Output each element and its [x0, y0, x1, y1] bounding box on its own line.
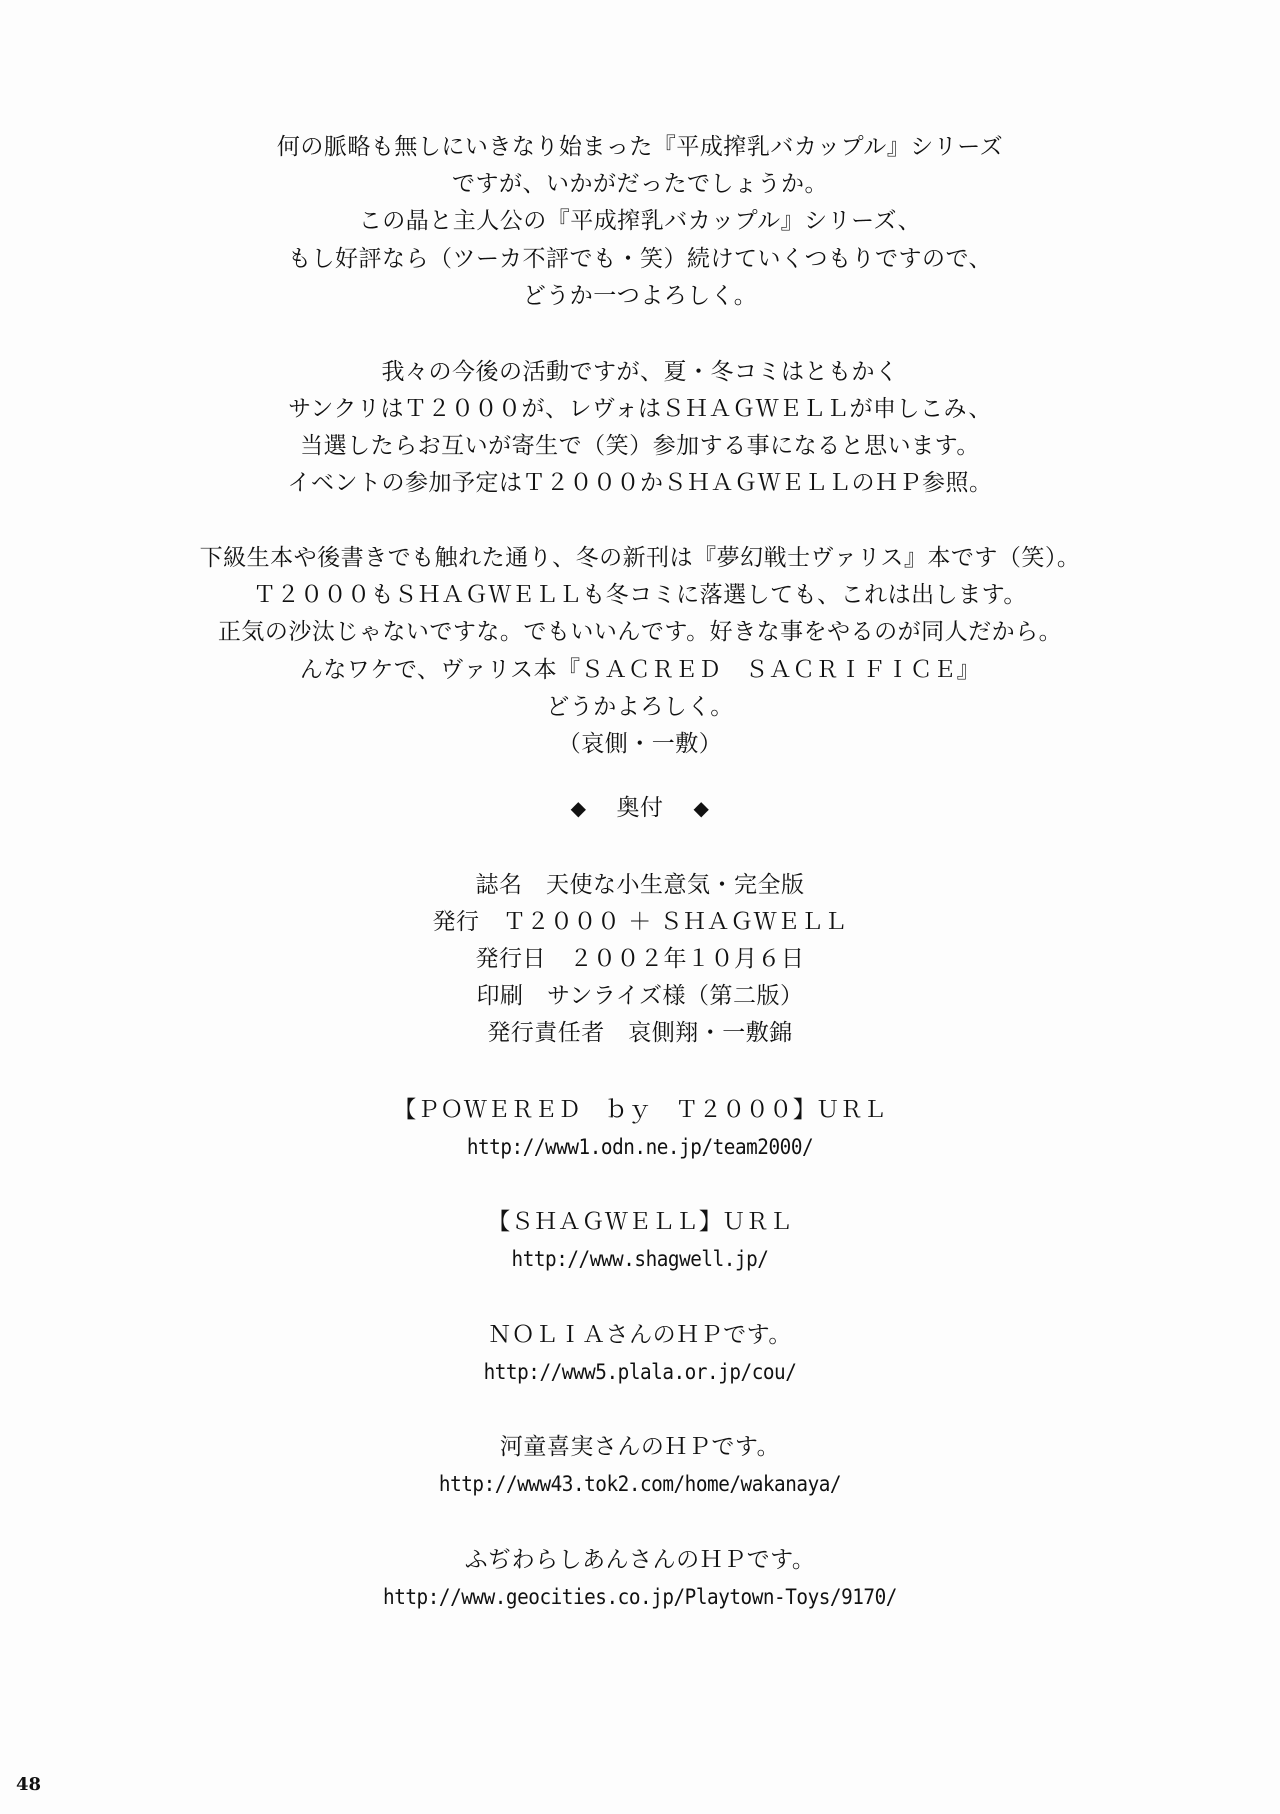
link-label-shagwell: 【ＳＨＡＧＷＥＬＬ】ＵＲＬ: [0, 1207, 1280, 1237]
afterword-line: 我々の今後の活動ですが、夏・冬コミはともかく: [0, 357, 1280, 387]
link-url-kappa: http://www43.tok2.com/home/wakanaya/: [51, 1469, 1229, 1499]
link-url-t2000: http://www1.odn.ne.jp/team2000/: [51, 1132, 1229, 1162]
afterword-line: Ｔ２０００もＳＨＡＧＷＥＬＬも冬コミに落選しても、これは出します。: [0, 580, 1280, 610]
link-label-nolia: ＮＯＬＩＡさんのＨＰです。: [0, 1320, 1280, 1350]
afterword-line: イベントの参加予定はＴ２０００かＳＨＡＧＷＥＬＬのＨＰ参照。: [0, 468, 1280, 498]
afterword-line: もし好評なら（ツーカ不評でも・笑）続けていくつもりですので、: [0, 244, 1280, 274]
afterword-line: ですが、いかがだったでしょうか。: [0, 169, 1280, 199]
link-label-fujiwara: ふぢわらしあんさんのＨＰです。: [0, 1545, 1280, 1575]
colophon-date-row: 発行日 ２００２年１０月６日: [0, 944, 1280, 974]
link-label-t2000: 【ＰＯＷＥＲＥＤ ｂｙ Ｔ２０００】ＵＲＬ: [0, 1095, 1280, 1125]
afterword-line: 下級生本や後書きでも触れた通り、冬の新刊は『夢幻戦士ヴァリス』本です（笑）。: [0, 543, 1280, 573]
diamond-icon: ◆: [571, 793, 587, 823]
afterword-line: どうか一つよろしく。: [0, 281, 1280, 311]
afterword-line: サンクリはＴ２０００が、レヴォはＳＨＡＧＷＥＬＬが申しこみ、: [0, 394, 1280, 424]
colophon-responsible-row: 発行責任者 哀側翔・一敷錦: [0, 1018, 1280, 1048]
afterword-line: んなワケで、ヴァリス本『ＳＡＣＲＥＤ ＳＡＣＲＩＦＩＣＥ』: [0, 655, 1280, 685]
link-url-nolia: http://www5.plala.or.jp/cou/: [51, 1357, 1229, 1387]
colophon-title-row: 誌名 天使な小生意気・完全版: [0, 870, 1280, 900]
afterword-line: 何の脈略も無しにいきなり始まった『平成搾乳バカップル』シリーズ: [0, 132, 1280, 162]
colophon-title: 奥付: [617, 795, 664, 821]
afterword-line: この晶と主人公の『平成搾乳バカップル』シリーズ、: [0, 206, 1280, 236]
link-url-shagwell: http://www.shagwell.jp/: [51, 1244, 1229, 1274]
diamond-icon: ◆: [694, 793, 710, 823]
link-url-fujiwara: http://www.geocities.co.jp/Playtown-Toys…: [51, 1582, 1229, 1612]
afterword-line: 当選したらお互いが寄生で（笑）参加する事になると思います。: [0, 431, 1280, 461]
page-number: 48: [16, 1774, 41, 1795]
link-label-kappa: 河童喜実さんのＨＰです。: [0, 1432, 1280, 1462]
colophon-heading: ◆奥付◆: [0, 793, 1280, 823]
colophon-publisher-row: 発行 Ｔ２０００ ＋ ＳＨＡＧＷＥＬＬ: [0, 907, 1280, 937]
afterword-line: 正気の沙汰じゃないですな。でもいいんです。好きな事をやるのが同人だから。: [0, 617, 1280, 647]
colophon-printer-row: 印刷 サンライズ様（第二版）: [0, 981, 1280, 1011]
signature-line: （哀側・一敷）: [0, 729, 1280, 759]
document-page: 何の脈略も無しにいきなり始まった『平成搾乳バカップル』シリーズ ですが、いかがだ…: [0, 0, 1280, 1814]
afterword-line: どうかよろしく。: [0, 692, 1280, 722]
